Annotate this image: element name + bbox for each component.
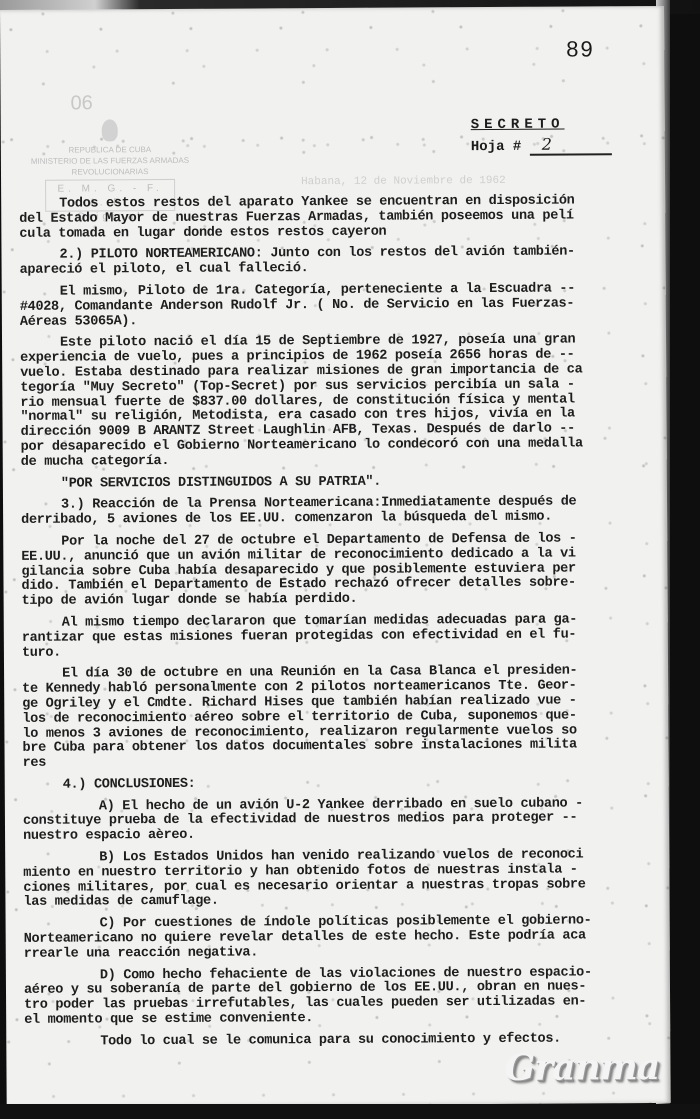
coat-of-arms-icon [102, 119, 118, 141]
paragraph-list: Todos estos restos del aparato Yankee se… [19, 194, 646, 772]
paragraph: B) Los Estados Unidos han venido realiza… [23, 848, 647, 911]
sheet-number: 2 [530, 134, 612, 156]
paragraph: Al mismo tiempo declararon que tomarían … [22, 613, 646, 661]
text-line: rrearle una reacción negativa. [24, 944, 648, 963]
text-line: nuestro espacio aèreo. [23, 826, 647, 845]
document-page: 89 90 REPUBLICA DE CUBA MINISTERIO DE LA… [0, 6, 671, 1107]
paragraph: Este piloto nació el día 15 de Septiembr… [20, 333, 645, 470]
paragraph: El mismo, Piloto de 1ra. Categoría, pert… [20, 282, 644, 330]
paragraph: A) El hecho de un avión U-2 Yankee derri… [23, 797, 647, 845]
text-line: derribado, 5 aviones de los EE.UU. comen… [21, 510, 645, 529]
conclusions-heading: 4.) CONCLUSIONES: [23, 775, 647, 794]
paragraph: Por la noche del 27 de octubre el Depart… [21, 532, 645, 610]
paragraph: "POR SERVICIOS DISTINGUIDOS A SU PATRIA"… [21, 474, 645, 493]
classification-block: SECRETO Hoja # 2 [471, 116, 612, 156]
text-line: apareció el piloto, el cual falleció. [20, 260, 644, 279]
conclusion-list: A) El hecho de un avión U-2 Yankee derri… [23, 797, 648, 1029]
paragraph: Todos estos restos del aparato Yankee se… [19, 194, 643, 242]
paragraph: El día 30 de octubre en una Reunión en l… [22, 664, 647, 771]
sheet-line: Hoja # 2 [471, 134, 612, 156]
text-line: tipo de avión lugar donde se había perdi… [22, 591, 646, 610]
text-line: Aéreas 53065A). [20, 312, 644, 331]
stamp-line: MINISTERIO DE LAS FUERZAS ARMADAS [5, 155, 215, 167]
stamp-line: REVOLUCIONARIAS [5, 166, 215, 178]
sheet-label: Hoja # [471, 139, 522, 155]
page-number: 89 [566, 36, 595, 62]
faint-page-number: 90 [70, 89, 92, 112]
classification-label: SECRETO [471, 116, 612, 133]
paragraph: 3.) Reacción de la Prensa Norteamericana… [21, 495, 645, 528]
heading-text: 4.) CONCLUSIONES: [23, 775, 647, 794]
text-line: el momento que se estime conveniente. [24, 1010, 648, 1029]
paragraph: C) Por cuestiones de índole políticas po… [24, 914, 648, 962]
granma-watermark: Granma [504, 1046, 659, 1089]
text-line: "POR SERVICIOS DISTINGUIDOS A SU PATRIA"… [21, 474, 645, 493]
paragraph: 2.) PILOTO NORTEAMERICANO: Junto con los… [19, 245, 643, 278]
text-line: de mucha categoría. [21, 452, 645, 471]
scan-bottom-band [0, 1104, 700, 1119]
text-line: cula tomada en lugar donde estos restos … [19, 224, 643, 243]
bleed-through-text: Habana, 12 de Noviembre de 1962 [301, 175, 506, 188]
text-line: las medidas de camuflage. [23, 893, 647, 912]
document-body: Todos estos restos del aparato Yankee se… [19, 194, 648, 1057]
paragraph: D) Como hecho fehaciente de las violacio… [24, 966, 648, 1029]
